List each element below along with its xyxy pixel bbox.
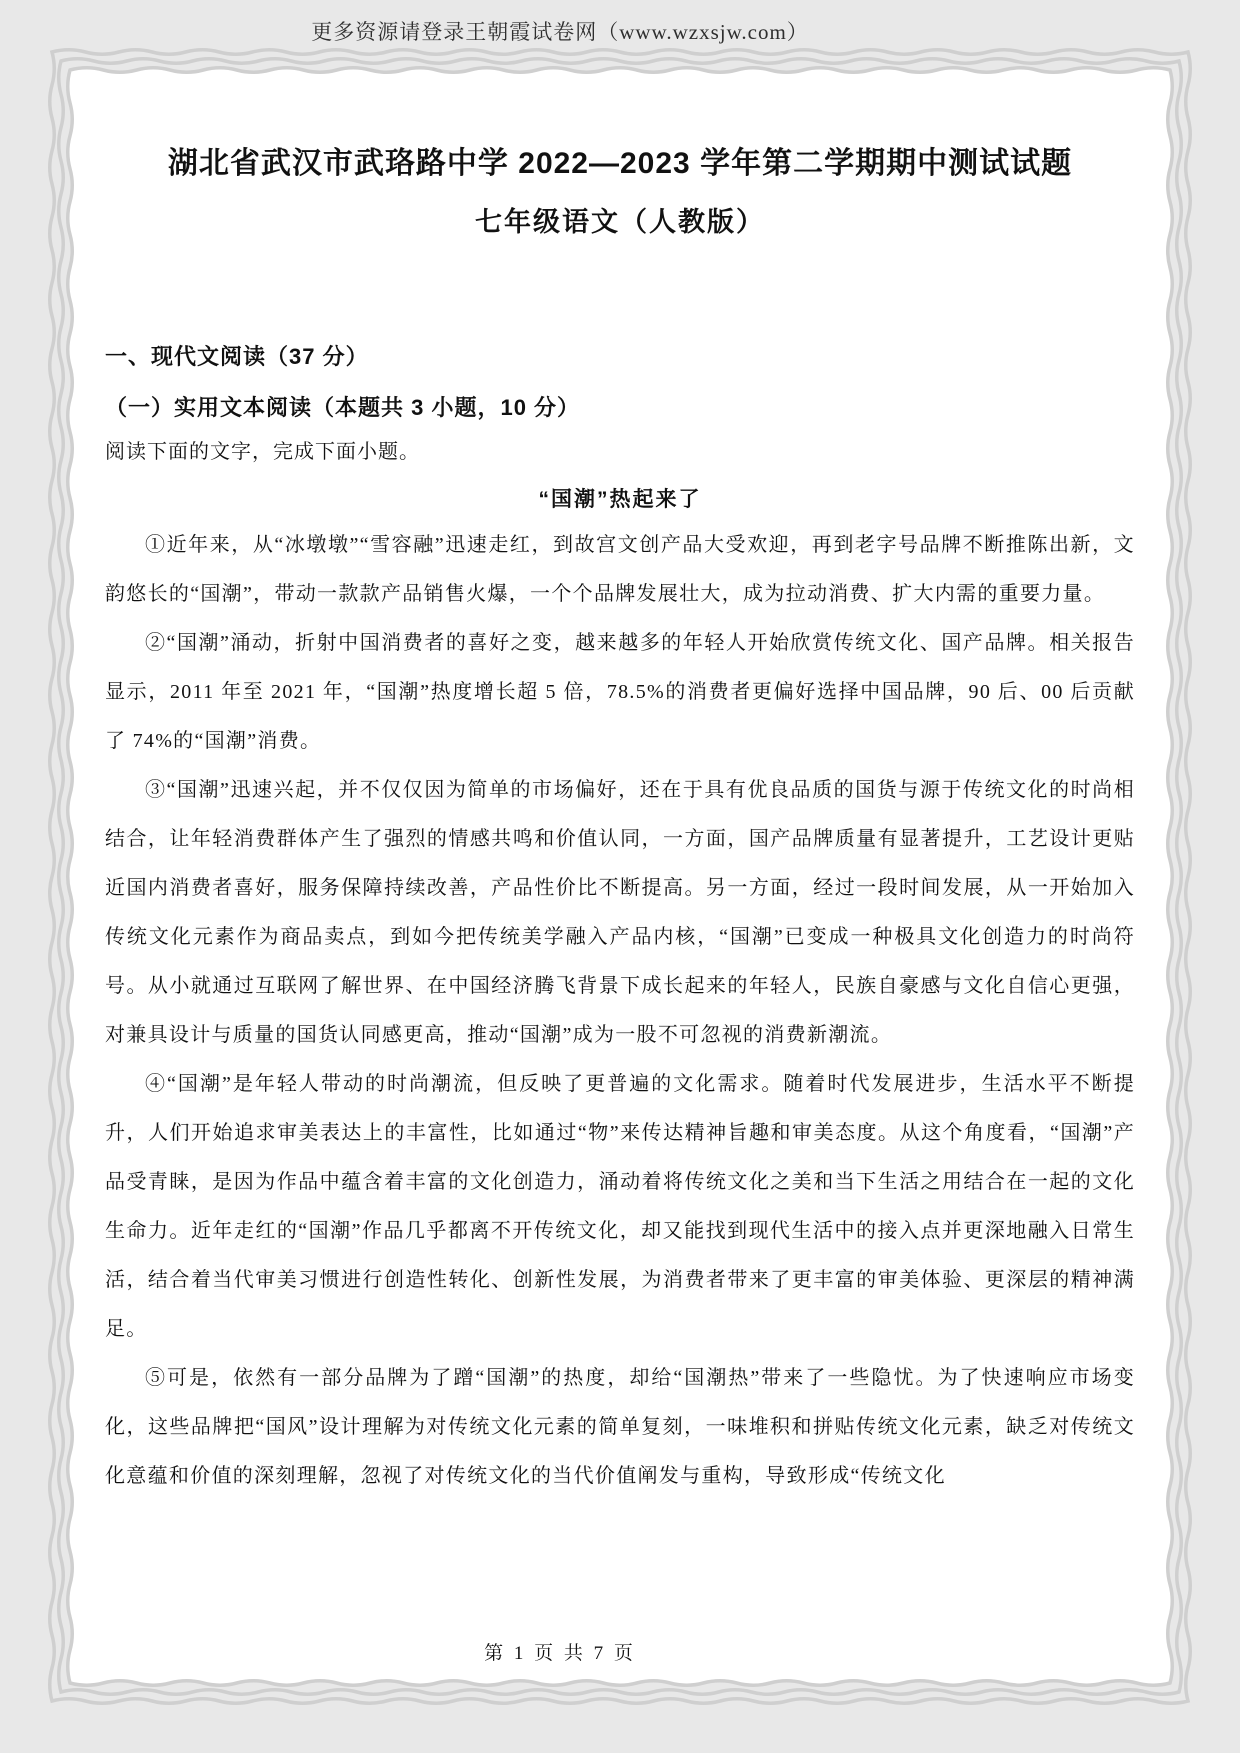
section-heading-modern-reading: 一、现代文阅读（37 分） (105, 343, 1135, 371)
passage-paragraph-5: ⑤可是，依然有一部分品牌为了蹭“国潮”的热度，却给“国潮热”带来了一些隐忧。为了… (105, 1354, 1135, 1501)
passage-title: “国潮”热起来了 (105, 486, 1135, 514)
exam-page: 湖北省武汉市武珞路中学 2022—2023 学年第二学期期中测试试题 七年级语文… (75, 75, 1165, 1501)
exam-title-line1: 湖北省武汉市武珞路中学 2022—2023 学年第二学期期中测试试题 (105, 146, 1135, 182)
page-number: 第 1 页 共 7 页 (0, 1638, 1120, 1665)
passage-body: ①近年来，从“冰墩墩”“雪容融”迅速走红，到故宫文创产品大受欢迎，再到老字号品牌… (105, 521, 1135, 1501)
instruction-text: 阅读下面的文字，完成下面小题。 (105, 438, 1135, 466)
passage-paragraph-1: ①近年来，从“冰墩墩”“雪容融”迅速走红，到故宫文创产品大受欢迎，再到老字号品牌… (105, 521, 1135, 619)
exam-title-line2: 七年级语文（人教版） (105, 204, 1135, 240)
passage-paragraph-2: ②“国潮”涌动，折射中国消费者的喜好之变，越来越多的年轻人开始欣赏传统文化、国产… (105, 619, 1135, 766)
section-heading-practical-text: （一）实用文本阅读（本题共 3 小题，10 分） (105, 394, 1135, 422)
passage-paragraph-4: ④“国潮”是年轻人带动的时尚潮流，但反映了更普遍的文化需求。随着时代发展进步，生… (105, 1060, 1135, 1354)
passage-paragraph-3: ③“国潮”迅速兴起，并不仅仅因为简单的市场偏好，还在于具有优良品质的国货与源于传… (105, 766, 1135, 1060)
watermark-text: 更多资源请登录王朝霞试卷网（www.wzxsjw.com） (0, 16, 1120, 46)
